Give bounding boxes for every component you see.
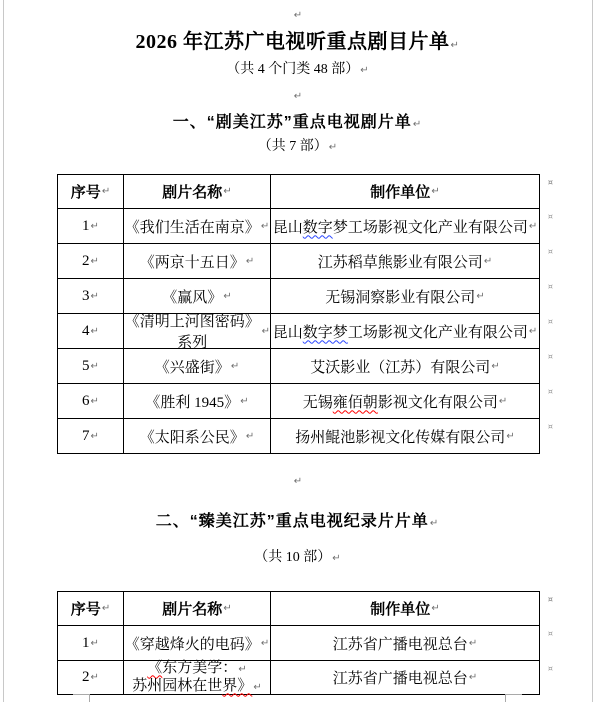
spellcheck-squiggle-blue: 数字梦 — [303, 321, 348, 342]
pilcrow-mark: ↵ — [223, 186, 231, 197]
table-header-row: 序号↵ 剧片名称↵ 制作单位↵ ¤ — [58, 592, 539, 626]
pilcrow-mark: ↵ — [231, 361, 239, 372]
company-text: 梦工场影视文化产业有限公司 — [333, 216, 528, 237]
pilcrow-mark: ↵ — [431, 186, 439, 197]
header-company-label: 制作单位 — [370, 181, 430, 202]
pilcrow-mark: ↵ — [91, 672, 99, 683]
cell-company: 扬州鲲池影视文化传媒有限公司↵ — [271, 419, 539, 453]
cell-no: 2↵ — [58, 244, 124, 278]
drama-title: 苏州园林在世 — [132, 678, 222, 694]
doc-title: 2026 年江苏广电视听重点剧目片单↵ — [0, 28, 595, 60]
header-company-label: 制作单位 — [370, 598, 430, 619]
pilcrow-mark: ↵ — [240, 396, 248, 407]
pilcrow-mark: ↵ — [484, 256, 492, 267]
pilcrow-mark: ↵ — [431, 603, 439, 614]
header-cell-company: 制作单位↵ — [271, 592, 539, 625]
row-number: 4 — [82, 323, 90, 340]
company-text: 影视文化有限公司 — [378, 391, 498, 412]
document-page[interactable]: ↵ 2026 年江苏广电视听重点剧目片单↵ （共 4 个门类 48 部）↵ ↵ … — [0, 6, 595, 695]
text-boundary-corner-right — [505, 694, 522, 702]
pilcrow-mark: ↵ — [91, 221, 99, 232]
spellcheck-squiggle-blue: 数字 — [303, 216, 333, 237]
pilcrow-mark: ↵ — [360, 65, 368, 76]
doc-subtitle: （共 4 个门类 48 部）↵ — [0, 60, 595, 81]
drama-title: 东方美学： — [162, 660, 237, 676]
header-no-label: 序号 — [71, 181, 101, 202]
pilcrow-mark: ↵ — [261, 221, 269, 232]
company-text: 无锡洞察影业有限公司 — [325, 286, 475, 307]
header-cell-title: 剧片名称↵ — [124, 175, 271, 208]
doc-title-text: 2026 年江苏广电视听重点剧目片单 — [136, 31, 450, 53]
pilcrow-mark: ↵ — [238, 664, 246, 675]
row-end-marker: ¤ — [548, 422, 553, 431]
pilcrow-mark: ↵ — [469, 672, 477, 683]
section-1-heading-text: 一、“剧美江苏”重点电视剧片单 — [173, 114, 412, 131]
drama-title: 《兴盛街》 — [155, 356, 230, 377]
cell-no: 4↵ — [58, 314, 124, 348]
spellcheck-squiggle-red: 《 — [147, 660, 162, 676]
cell-company: 无锡雍佰朝影视文化有限公司↵ — [271, 384, 539, 418]
section-2-heading: 二、“臻美江苏”重点电视纪录片片单↵ — [0, 510, 595, 536]
doc-subtitle-text: （共 4 个门类 48 部） — [226, 62, 359, 77]
spellcheck-squiggle-red: 雍佰朝 — [333, 391, 378, 412]
cell-company: 昆山数字梦工场影视文化产业有限公司↵ — [271, 209, 539, 243]
drama-title: 《穿越烽火的电码》 — [125, 633, 260, 654]
pilcrow-mark: ↵ — [91, 431, 99, 442]
pilcrow-mark: ↵ — [332, 553, 340, 564]
row-number: 1 — [82, 218, 90, 235]
cell-title: 《太阳系公民》↵ — [124, 419, 271, 453]
cell-company: 江苏省广播电视总台↵ — [271, 626, 539, 660]
cell-company: 江苏稻草熊影业有限公司↵ — [271, 244, 539, 278]
row-end-marker: ¤ — [548, 629, 553, 638]
pilcrow-mark: ↵ — [469, 638, 477, 649]
pilcrow-mark: ↵ — [246, 431, 254, 442]
pilcrow-mark: ↵ — [499, 396, 507, 407]
row-number: 5 — [82, 358, 90, 375]
tv-drama-table: 序号↵ 剧片名称↵ 制作单位↵ ¤ 1↵ 《我们生活在南京》↵ 昆山数字梦工场影… — [57, 174, 540, 454]
pilcrow-mark: ↵ — [102, 186, 110, 197]
cell-title: 《我们生活在南京》↵ — [124, 209, 271, 243]
table-row: 2↵ 《东方美学：↵ 苏州园林在世界》↵ 江苏省广播电视总台↵ ¤ — [58, 661, 539, 694]
header-cell-no: 序号↵ — [58, 592, 124, 625]
table-row: 5↵ 《兴盛街》↵ 艾沃影业（江苏）有限公司↵ ¤ — [58, 349, 539, 384]
row-end-marker: ¤ — [548, 595, 553, 604]
drama-title: 《胜利 1945》 — [145, 391, 239, 412]
table-row: 1↵ 《穿越烽火的电码》↵ 江苏省广播电视总台↵ ¤ — [58, 626, 539, 661]
drama-title: 《赢风》 — [162, 286, 222, 307]
pilcrow-mark: ↵ — [91, 291, 99, 302]
cell-title: 《东方美学：↵ 苏州园林在世界》↵ — [124, 661, 271, 694]
header-cell-title: 剧片名称↵ — [124, 592, 271, 625]
pilcrow-mark: ↵ — [294, 476, 302, 487]
pilcrow-mark: ↵ — [253, 682, 261, 693]
drama-title: 《我们生活在南京》 — [125, 216, 260, 237]
row-number: 1 — [82, 635, 90, 652]
pilcrow-mark: ↵ — [294, 91, 302, 102]
row-end-marker: ¤ — [548, 178, 553, 187]
cell-no: 6↵ — [58, 384, 124, 418]
pilcrow-mark: ↵ — [529, 221, 537, 232]
company-text: 江苏省广播电视总台 — [333, 667, 468, 688]
cell-no: 3↵ — [58, 279, 124, 313]
pilcrow-mark: ↵ — [91, 638, 99, 649]
company-text: 昆山 — [273, 321, 303, 342]
cell-no: 1↵ — [58, 626, 124, 660]
row-number: 2 — [82, 669, 90, 686]
table-row: 7↵ 《太阳系公民》↵ 扬州鲲池影视文化传媒有限公司↵ ¤ — [58, 419, 539, 453]
cell-company: 昆山数字梦工场影视文化产业有限公司↵ — [271, 314, 539, 348]
cell-company: 无锡洞察影业有限公司↵ — [271, 279, 539, 313]
title-line-1: 《东方美学：↵ — [147, 660, 246, 678]
pilcrow-mark: ↵ — [246, 256, 254, 267]
cell-title: 《胜利 1945》↵ — [124, 384, 271, 418]
empty-paragraph: ↵ — [0, 87, 595, 103]
pilcrow-mark: ↵ — [261, 638, 269, 649]
company-text: 江苏省广播电视总台 — [333, 633, 468, 654]
section-2-count-text: （共 10 部） — [254, 550, 331, 565]
cell-title: 《两京十五日》↵ — [124, 244, 271, 278]
cell-title: 《清明上河图密码》系列↵ — [124, 314, 271, 348]
row-end-marker: ¤ — [548, 212, 553, 221]
drama-title: 《太阳系公民》 — [140, 426, 245, 447]
section-1-count-text: （共 7 部） — [258, 139, 328, 154]
row-end-marker: ¤ — [548, 247, 553, 256]
header-title-label: 剧片名称 — [162, 181, 222, 202]
pilcrow-mark: ↵ — [262, 326, 270, 337]
pilcrow-mark: ↵ — [451, 40, 460, 51]
row-end-marker: ¤ — [548, 664, 553, 673]
pilcrow-mark: ↵ — [223, 603, 231, 614]
page-edge-left — [3, 0, 4, 702]
table-row: 6↵ 《胜利 1945》↵ 无锡雍佰朝影视文化有限公司↵ ¤ — [58, 384, 539, 419]
company-text: 江苏稻草熊影业有限公司 — [318, 251, 483, 272]
company-text: 无锡 — [303, 391, 333, 412]
company-text: 昆山 — [273, 216, 303, 237]
row-number: 6 — [82, 393, 90, 410]
pilcrow-mark: ↵ — [430, 518, 439, 529]
cell-no: 2↵ — [58, 661, 124, 694]
company-text: 艾沃影业（江苏）有限公司 — [310, 356, 490, 377]
table-row: 2↵ 《两京十五日》↵ 江苏稻草熊影业有限公司↵ ¤ — [58, 244, 539, 279]
table-row: 4↵ 《清明上河图密码》系列↵ 昆山数字梦工场影视文化产业有限公司↵ ¤ — [58, 314, 539, 349]
pilcrow-mark: ↵ — [91, 396, 99, 407]
cell-title: 《穿越烽火的电码》↵ — [124, 626, 271, 660]
row-end-marker: ¤ — [548, 317, 553, 326]
row-end-marker: ¤ — [548, 282, 553, 291]
row-number: 2 — [82, 253, 90, 270]
pilcrow-mark: ↵ — [91, 256, 99, 267]
pilcrow-mark: ↵ — [329, 142, 337, 153]
table-row: 1↵ 《我们生活在南京》↵ 昆山数字梦工场影视文化产业有限公司↵ ¤ — [58, 209, 539, 244]
cell-company: 艾沃影业（江苏）有限公司↵ — [271, 349, 539, 383]
pilcrow-mark: ↵ — [91, 326, 99, 337]
pilcrow-mark: ↵ — [476, 291, 484, 302]
table-row: 3↵ 《赢风》↵ 无锡洞察影业有限公司↵ ¤ — [58, 279, 539, 314]
pilcrow-mark: ↵ — [102, 603, 110, 614]
row-end-marker: ¤ — [548, 352, 553, 361]
table-header-row: 序号↵ 剧片名称↵ 制作单位↵ ¤ — [58, 175, 539, 209]
drama-title: 《两京十五日》 — [140, 251, 245, 272]
cell-company: 江苏省广播电视总台↵ — [271, 661, 539, 694]
section-2-count: （共 10 部）↵ — [0, 548, 595, 569]
header-cell-company: 制作单位↵ — [271, 175, 539, 208]
header-title-label: 剧片名称 — [162, 598, 222, 619]
page-edge-right — [592, 0, 593, 702]
cell-no: 1↵ — [58, 209, 124, 243]
drama-title: 《清明上河图密码》系列 — [124, 310, 261, 352]
company-text: 扬州鲲池影视文化传媒有限公司 — [295, 426, 505, 447]
pilcrow-mark: ↵ — [91, 361, 99, 372]
row-number: 7 — [82, 428, 90, 445]
cell-title: 《兴盛街》↵ — [124, 349, 271, 383]
company-text: 工场影视文化产业有限公司 — [348, 321, 528, 342]
pilcrow-mark: ↵ — [413, 119, 422, 130]
pilcrow-mark: ↵ — [294, 10, 302, 21]
pilcrow-mark: ↵ — [529, 326, 537, 337]
empty-paragraph: ↵ — [0, 6, 595, 22]
cell-no: 5↵ — [58, 349, 124, 383]
pilcrow-mark: ↵ — [223, 291, 231, 302]
cell-title: 《赢风》↵ — [124, 279, 271, 313]
pilcrow-mark: ↵ — [506, 431, 514, 442]
spellcheck-squiggle-red: 界》 — [222, 678, 252, 694]
title-line-2: 苏州园林在世界》↵ — [132, 678, 261, 696]
documentary-table: 序号↵ 剧片名称↵ 制作单位↵ ¤ 1↵ 《穿越烽火的电码》↵ 江苏省广播电视总… — [57, 591, 540, 695]
section-1-count: （共 7 部）↵ — [0, 137, 595, 158]
header-cell-no: 序号↵ — [58, 175, 124, 208]
cell-no: 7↵ — [58, 419, 124, 453]
section-1-heading: 一、“剧美江苏”重点电视剧片单↵ — [0, 111, 595, 137]
section-2-heading-text: 二、“臻美江苏”重点电视纪录片片单 — [156, 513, 429, 530]
pilcrow-mark: ↵ — [491, 361, 499, 372]
row-end-marker: ¤ — [548, 387, 553, 396]
row-number: 3 — [82, 288, 90, 305]
text-boundary-corner-left — [73, 694, 90, 702]
empty-paragraph: ↵ — [0, 472, 595, 488]
header-no-label: 序号 — [71, 598, 101, 619]
